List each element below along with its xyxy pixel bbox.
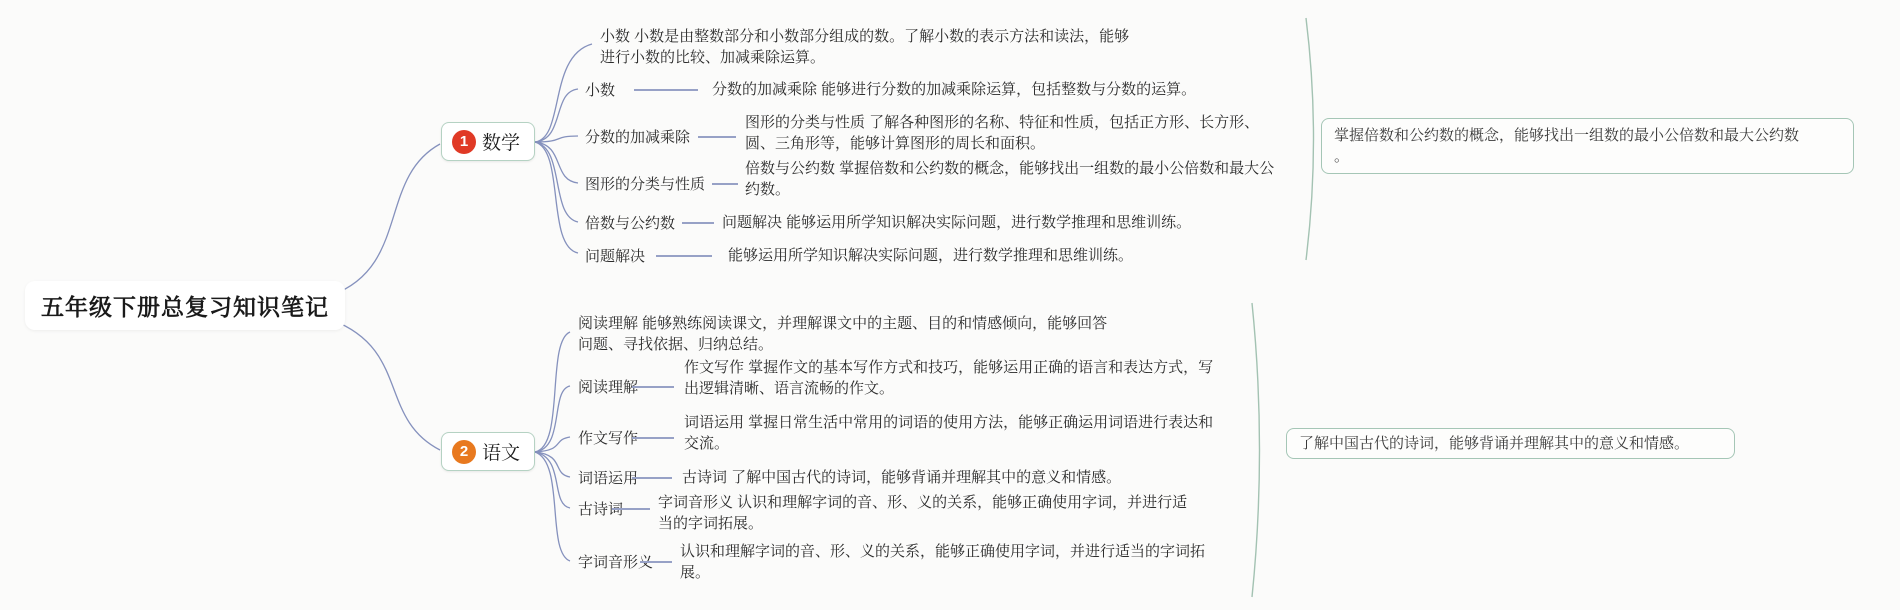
- math-row2-label[interactable]: 小数: [585, 79, 615, 100]
- connector-line: [632, 437, 674, 439]
- connector-line: [698, 136, 736, 138]
- curve-math-r5: [535, 142, 578, 222]
- curve-chinese-r1: [535, 332, 570, 452]
- mindmap-canvas: 五年级下册总复习知识笔记 1 数学 2 语文 小数 小数是由整数部分和小数部分组…: [0, 0, 1900, 610]
- math-row5-desc[interactable]: 问题解决 能够运用所学知识解决实际问题，进行数学推理和思维训练。: [722, 212, 1191, 233]
- math-row4-label[interactable]: 图形的分类与性质: [585, 173, 705, 194]
- curve-root-math: [332, 144, 440, 295]
- branch-label-chinese: 语文: [482, 438, 520, 465]
- math-row6-label[interactable]: 问题解决: [585, 245, 645, 266]
- curve-chinese-r6: [535, 452, 570, 561]
- connector-line: [640, 561, 672, 563]
- curve-chinese-r5: [535, 452, 570, 508]
- branch-node-chinese[interactable]: 2 语文: [441, 432, 535, 471]
- connector-line: [682, 222, 714, 224]
- branch-node-math[interactable]: 1 数学: [441, 122, 535, 161]
- branch-label-math: 数学: [482, 128, 520, 155]
- math-row5-label[interactable]: 倍数与公约数: [585, 212, 675, 233]
- branch-badge-1: 1: [452, 130, 476, 154]
- chinese-row2-label[interactable]: 阅读理解: [578, 376, 638, 397]
- chinese-row6-desc[interactable]: 认识和理解字词的音、形、义的关系，能够正确使用字词，并进行适当的字词拓 展。: [680, 541, 1205, 583]
- curve-math-r6: [535, 142, 578, 253]
- chinese-row2-desc[interactable]: 作文写作 掌握作文的基本写作方式和技巧，能够运用正确的语言和表达方式，写 出逻辑…: [684, 357, 1213, 399]
- connector-line: [612, 508, 650, 510]
- summary-bracket-chinese: [1252, 303, 1260, 597]
- chinese-row5-desc[interactable]: 字词音形义 认识和理解字词的音、形、义的关系，能够正确使用字词，并进行适 当的字…: [658, 492, 1187, 534]
- curve-math-r3: [535, 136, 578, 142]
- math-row2-desc[interactable]: 分数的加减乘除 能够进行分数的加减乘除运算，包括整数与分数的运算。: [712, 79, 1196, 100]
- root-title: 五年级下册总复习知识笔记: [41, 289, 329, 322]
- curve-chinese-r3: [535, 437, 570, 452]
- summary-brackets: [1252, 18, 1314, 597]
- math-row1-desc[interactable]: 小数 小数是由整数部分和小数部分组成的数。了解小数的表示方法和读法，能够 进行小…: [600, 26, 1129, 68]
- chinese-row1-desc[interactable]: 阅读理解 能够熟练阅读课文，并理解课文中的主题、目的和情感倾向，能够回答 问题、…: [578, 313, 1107, 355]
- curve-chinese-r2: [535, 386, 570, 452]
- math-row3-label[interactable]: 分数的加减乘除: [585, 126, 690, 147]
- connector-line: [712, 183, 738, 185]
- connector-line: [632, 477, 672, 479]
- chinese-row4-label[interactable]: 词语运用: [578, 467, 638, 488]
- curve-chinese-r4: [535, 452, 570, 477]
- curve-math-r1: [535, 44, 592, 142]
- math-row6-desc[interactable]: 能够运用所学知识解决实际问题，进行数学推理和思维训练。: [728, 245, 1133, 266]
- curve-math-r4: [535, 142, 578, 183]
- chinese-row4-desc[interactable]: 古诗词 了解中国古代的诗词，能够背诵并理解其中的意义和情感。: [682, 467, 1121, 488]
- summary-box-math[interactable]: 掌握倍数和公约数的概念，能够找出一组数的最小公倍数和最大公约数 。: [1321, 118, 1854, 174]
- summary-bracket-math: [1306, 18, 1314, 260]
- curve-root-chinese: [332, 320, 440, 450]
- chinese-row3-label[interactable]: 作文写作: [578, 427, 638, 448]
- connector-line: [632, 386, 674, 388]
- chinese-row3-desc[interactable]: 词语运用 掌握日常生活中常用的词语的使用方法，能够正确运用词语进行表达和 交流。: [684, 412, 1213, 454]
- connector-line: [656, 255, 712, 257]
- curve-math-r2: [535, 89, 578, 142]
- summary-box-chinese[interactable]: 了解中国古代的诗词，能够背诵并理解其中的意义和情感。: [1286, 428, 1735, 459]
- math-row3-desc[interactable]: 图形的分类与性质 了解各种图形的名称、特征和性质，包括正方形、长方形、 圆、三角…: [745, 112, 1259, 154]
- connector-line: [634, 89, 698, 91]
- branch-badge-2: 2: [452, 440, 476, 464]
- root-node[interactable]: 五年级下册总复习知识笔记: [25, 281, 345, 330]
- math-row4-desc[interactable]: 倍数与公约数 掌握倍数和公约数的概念，能够找出一组数的最小公倍数和最大公 约数。: [745, 158, 1274, 200]
